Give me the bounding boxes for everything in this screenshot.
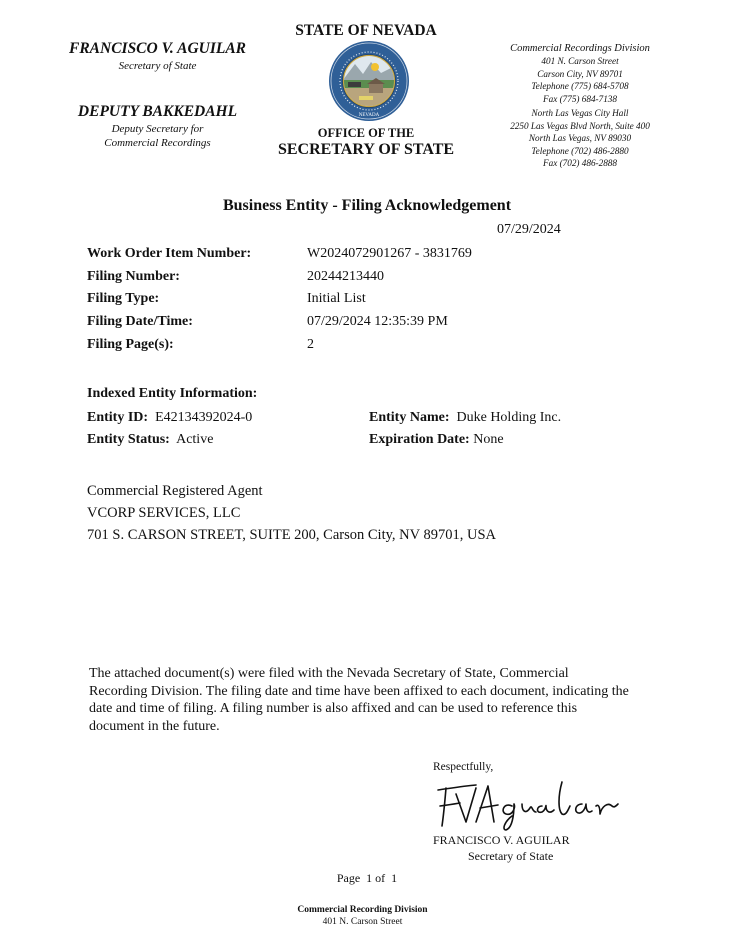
entity-status-value: Active [176,432,213,447]
agent-type: Commercial Registered Agent [87,483,263,500]
field-value: Initial List [307,291,366,307]
footer-address: 401 N. Carson Street [250,917,475,927]
signer-name: FRANCISCO V. AGUILAR [433,833,570,848]
field-value: W2024072901267 - 3831769 [307,246,472,262]
field-label: Filing Page(s): [87,337,174,353]
carson-office-line: Commercial Recordings Division [480,42,680,55]
entity-status-label: Entity Status: [87,432,170,447]
entity-id: Entity ID: E42134392024-0 [87,410,252,426]
carson-office-address: Commercial Recordings Division 401 N. Ca… [480,42,680,105]
field-value: 2 [307,337,314,353]
las-vegas-office-line: 2250 Las Vegas Blvd North, Suite 400 [480,120,680,133]
field-label: Filing Type: [87,291,159,307]
agent-name: VCORP SERVICES, LLC [87,505,240,522]
entity-id-value: E42134392024-0 [155,410,252,425]
agent-address: 701 S. CARSON STREET, SUITE 200, Carson … [87,527,496,544]
svg-text:NEVADA: NEVADA [359,113,380,118]
office-line1: OFFICE OF THE [266,126,466,141]
signer-title: Secretary of State [468,849,553,864]
entity-name: Entity Name: Duke Holding Inc. [369,410,561,426]
salutation: Respectfully, [433,761,493,773]
secretary-title: Secretary of State [55,60,260,72]
entity-expiration-label: Expiration Date: [369,432,470,447]
document-date: 07/29/2024 [497,222,561,238]
page-number: Page 1 of 1 [300,871,434,886]
document-title: Business Entity - Filing Acknowledgement [120,197,614,215]
las-vegas-office-address: North Las Vegas City Hall 2250 Las Vegas… [480,107,680,170]
las-vegas-office-line: Telephone (702) 486-2880 [480,145,680,158]
deputy-title-line1: Deputy Secretary for [55,123,260,135]
filing-notice: The attached document(s) were filed with… [89,665,629,735]
las-vegas-office-line: Fax (702) 486-2888 [480,157,680,170]
indexed-entity-heading: Indexed Entity Information: [87,386,257,402]
las-vegas-office-line: North Las Vegas City Hall [480,107,680,120]
field-value: 20244213440 [307,269,384,285]
entity-name-value: Duke Holding Inc. [457,410,562,425]
field-value: 07/29/2024 12:35:39 PM [307,314,448,330]
nevada-seal-icon: NEVADA [323,40,415,122]
carson-office-line: Fax (775) 684-7138 [480,93,680,106]
field-label: Filing Number: [87,269,180,285]
carson-office-line: Telephone (775) 684-5708 [480,80,680,93]
field-label: Work Order Item Number: [87,246,251,262]
entity-expiration: Expiration Date: None [369,432,504,448]
las-vegas-office-line: North Las Vegas, NV 89030 [480,132,680,145]
field-label: Filing Date/Time: [87,314,193,330]
entity-name-label: Entity Name: [369,410,450,425]
footer-division: Commercial Recording Division [250,905,475,915]
carson-office-line: Carson City, NV 89701 [480,68,680,81]
state-title: STATE OF NEVADA [266,22,466,40]
secretary-name: FRANCISCO V. AGUILAR [55,40,260,58]
deputy-name: DEPUTY BAKKEDAHL [55,103,260,121]
entity-id-label: Entity ID: [87,410,148,425]
entity-expiration-value: None [473,432,503,447]
office-line2: SECRETARY OF STATE [266,141,466,159]
carson-office-line: 401 N. Carson Street [480,55,680,68]
signature-icon [432,776,622,832]
entity-status: Entity Status: Active [87,432,213,448]
deputy-title-line2: Commercial Recordings [55,137,260,149]
